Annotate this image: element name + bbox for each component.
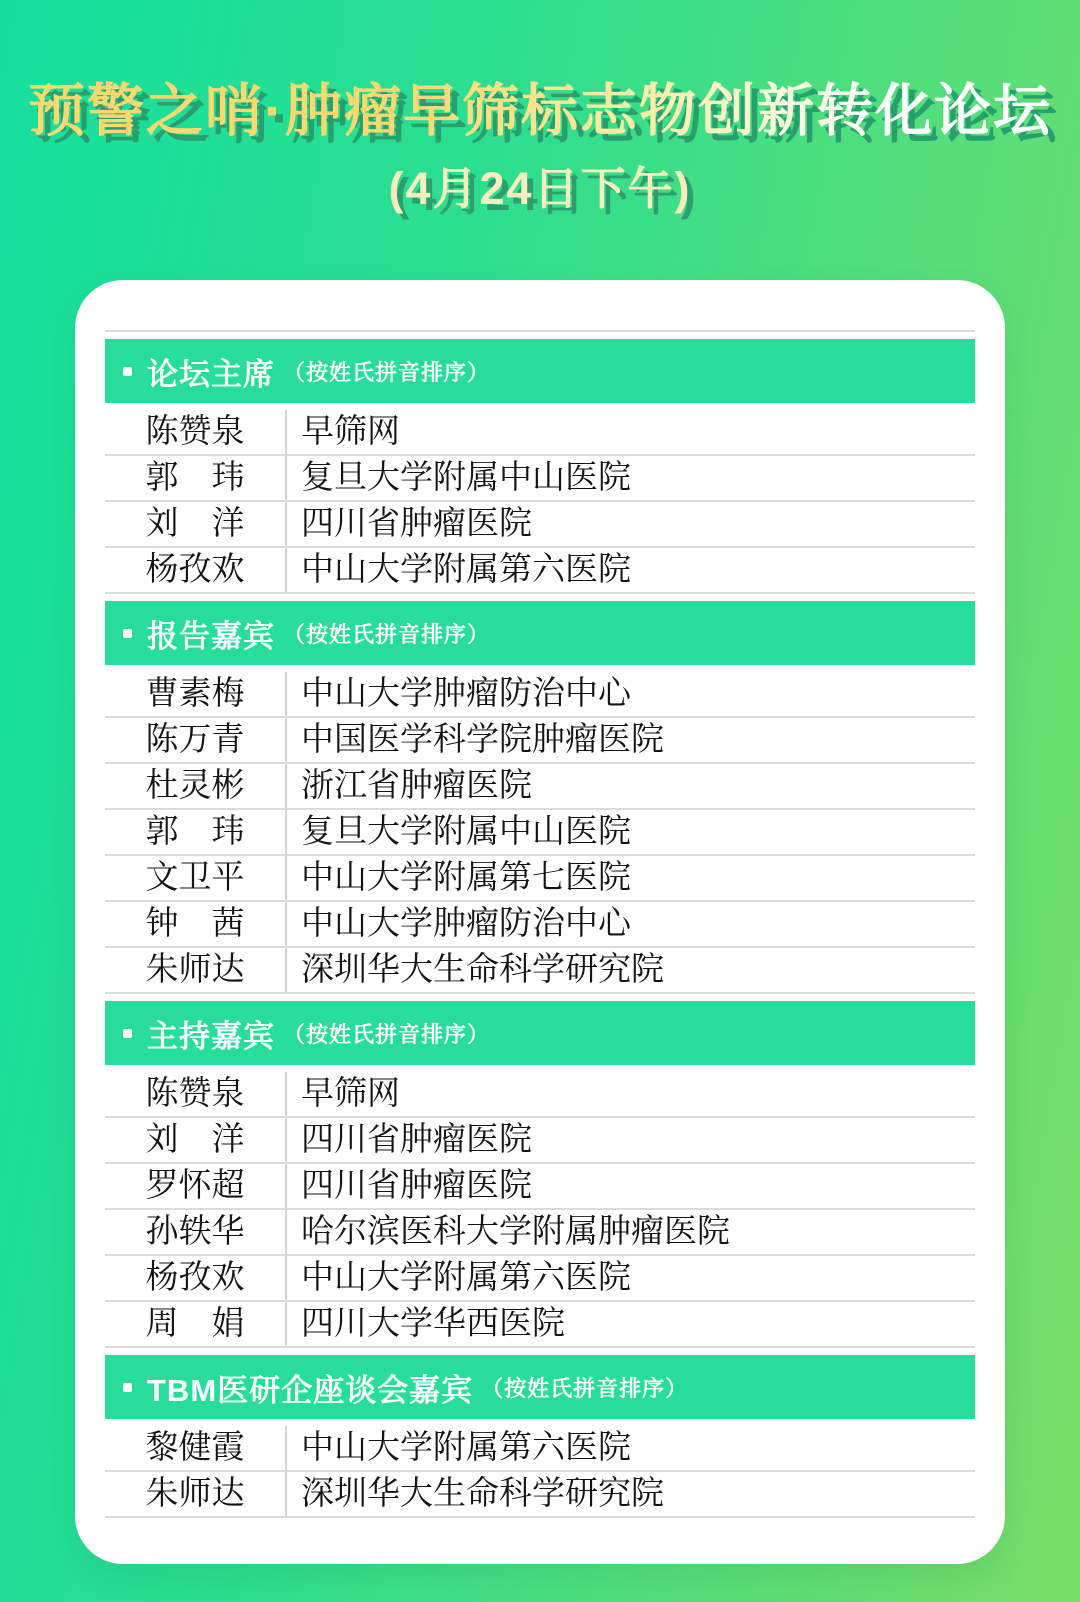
- guest-name: 陈赞泉: [105, 410, 287, 454]
- guest-name: 朱师达: [105, 1472, 287, 1516]
- table-row: 文卫平 中山大学附属第七医院: [105, 854, 975, 900]
- guest-affiliation: 中山大学附属第六医院: [287, 1426, 975, 1470]
- table-row: 罗怀超 四川省肿瘤医院: [105, 1162, 975, 1208]
- guest-name: 文卫平: [105, 856, 287, 900]
- guest-affiliation: 四川省肿瘤医院: [287, 502, 975, 546]
- table-row: 刘 洋 四川省肿瘤医院: [105, 500, 975, 546]
- guest-affiliation: 浙江省肿瘤医院: [287, 764, 975, 808]
- guest-name: 刘 洋: [105, 1118, 287, 1162]
- section-title: 主持嘉宾: [147, 1011, 275, 1056]
- table-row: 郭 玮 复旦大学附属中山医院: [105, 808, 975, 854]
- section-sort-note: （按姓氏拼音排序）: [283, 356, 490, 387]
- guest-section: TBM医研企座谈会嘉宾 （按姓氏拼音排序） 黎健霞 中山大学附属第六医院 朱师达…: [105, 1348, 975, 1518]
- guest-affiliation: 中山大学附属第六医院: [287, 548, 975, 592]
- section-header-band: 报告嘉宾 （按姓氏拼音排序）: [105, 601, 975, 665]
- guest-name: 郭 玮: [105, 810, 287, 854]
- guest-affiliation: 四川省肿瘤医院: [287, 1164, 975, 1208]
- section-header-band: 主持嘉宾 （按姓氏拼音排序）: [105, 1001, 975, 1065]
- table-row: 朱师达 深圳华大生命科学研究院: [105, 946, 975, 992]
- guest-affiliation: 复旦大学附属中山医院: [287, 810, 975, 854]
- section-title: TBM医研企座谈会嘉宾: [147, 1365, 473, 1410]
- guest-name: 杨孜欢: [105, 548, 287, 592]
- poster-title: 预警之哨·肿瘤早筛标志物创新转化论坛 预警之哨·肿瘤早筛标志物创新转化论坛: [10, 72, 1070, 150]
- guest-name: 陈万青: [105, 718, 287, 762]
- guest-name: 钟 茜: [105, 902, 287, 946]
- poster-subtitle: (4月24日下午) (4月24日下午): [10, 160, 1070, 218]
- poster-title-text: 预警之哨·肿瘤早筛标志物创新转化论坛: [10, 72, 1070, 150]
- section-sort-note: （按姓氏拼音排序）: [283, 618, 490, 649]
- bullet-icon: [123, 1383, 132, 1392]
- guest-table: 黎健霞 中山大学附属第六医院 朱师达 深圳华大生命科学研究院: [105, 1426, 975, 1518]
- table-row: 陈赞泉 早筛网: [105, 1072, 975, 1116]
- guest-name: 黎健霞: [105, 1426, 287, 1470]
- guest-affiliation: 中山大学肿瘤防治中心: [287, 672, 975, 716]
- bullet-icon: [123, 367, 132, 376]
- guest-name: 周 娟: [105, 1302, 287, 1346]
- table-row: 陈赞泉 早筛网: [105, 410, 975, 454]
- guest-affiliation: 早筛网: [287, 410, 975, 454]
- table-row: 郭 玮 复旦大学附属中山医院: [105, 454, 975, 500]
- guest-affiliation: 四川省肿瘤医院: [287, 1118, 975, 1162]
- guest-name: 郭 玮: [105, 456, 287, 500]
- guest-name: 杜灵彬: [105, 764, 287, 808]
- guest-table: 曹素梅 中山大学肿瘤防治中心 陈万青 中国医学科学院肿瘤医院 杜灵彬 浙江省肿瘤…: [105, 672, 975, 994]
- bullet-icon: [123, 629, 132, 638]
- guest-affiliation: 哈尔滨医科大学附属肿瘤医院: [287, 1210, 975, 1254]
- table-row: 朱师达 深圳华大生命科学研究院: [105, 1470, 975, 1516]
- section-header-band: 论坛主席 （按姓氏拼音排序）: [105, 339, 975, 403]
- section-sort-note: （按姓氏拼音排序）: [283, 1018, 490, 1049]
- table-row: 刘 洋 四川省肿瘤医院: [105, 1116, 975, 1162]
- section-sort-note: （按姓氏拼音排序）: [481, 1372, 688, 1403]
- table-row: 杜灵彬 浙江省肿瘤医院: [105, 762, 975, 808]
- section-header-band: TBM医研企座谈会嘉宾 （按姓氏拼音排序）: [105, 1355, 975, 1419]
- guest-name: 孙轶华: [105, 1210, 287, 1254]
- bullet-icon: [123, 1029, 132, 1038]
- guest-section: 报告嘉宾 （按姓氏拼音排序） 曹素梅 中山大学肿瘤防治中心 陈万青 中国医学科学…: [105, 594, 975, 994]
- content-card: 论坛主席 （按姓氏拼音排序） 陈赞泉 早筛网 郭 玮 复旦大学附属中山医院 刘 …: [75, 280, 1005, 1564]
- guest-section: 论坛主席 （按姓氏拼音排序） 陈赞泉 早筛网 郭 玮 复旦大学附属中山医院 刘 …: [105, 332, 975, 594]
- guest-sections: 论坛主席 （按姓氏拼音排序） 陈赞泉 早筛网 郭 玮 复旦大学附属中山医院 刘 …: [105, 330, 975, 1518]
- guest-affiliation: 四川大学华西医院: [287, 1302, 975, 1346]
- table-row: 周 娟 四川大学华西医院: [105, 1300, 975, 1346]
- table-row: 杨孜欢 中山大学附属第六医院: [105, 1254, 975, 1300]
- guest-affiliation: 中山大学附属第六医院: [287, 1256, 975, 1300]
- guest-name: 朱师达: [105, 948, 287, 992]
- guest-section: 主持嘉宾 （按姓氏拼音排序） 陈赞泉 早筛网 刘 洋 四川省肿瘤医院 罗怀超 四…: [105, 994, 975, 1348]
- guest-name: 曹素梅: [105, 672, 287, 716]
- section-title: 报告嘉宾: [147, 611, 275, 656]
- guest-affiliation: 中山大学肿瘤防治中心: [287, 902, 975, 946]
- poster-header: 预警之哨·肿瘤早筛标志物创新转化论坛 预警之哨·肿瘤早筛标志物创新转化论坛 (4…: [0, 0, 1080, 218]
- table-row: 钟 茜 中山大学肿瘤防治中心: [105, 900, 975, 946]
- guest-affiliation: 复旦大学附属中山医院: [287, 456, 975, 500]
- guest-name: 陈赞泉: [105, 1072, 287, 1116]
- section-title: 论坛主席: [147, 349, 275, 394]
- guest-affiliation: 深圳华大生命科学研究院: [287, 948, 975, 992]
- guest-affiliation: 深圳华大生命科学研究院: [287, 1472, 975, 1516]
- guest-affiliation: 早筛网: [287, 1072, 975, 1116]
- guest-name: 刘 洋: [105, 502, 287, 546]
- poster-subtitle-text: (4月24日下午): [10, 160, 1070, 218]
- table-row: 杨孜欢 中山大学附属第六医院: [105, 546, 975, 592]
- guest-name: 杨孜欢: [105, 1256, 287, 1300]
- guest-affiliation: 中国医学科学院肿瘤医院: [287, 718, 975, 762]
- guest-affiliation: 中山大学附属第七医院: [287, 856, 975, 900]
- guest-name: 罗怀超: [105, 1164, 287, 1208]
- table-row: 黎健霞 中山大学附属第六医院: [105, 1426, 975, 1470]
- table-row: 陈万青 中国医学科学院肿瘤医院: [105, 716, 975, 762]
- table-row: 曹素梅 中山大学肿瘤防治中心: [105, 672, 975, 716]
- guest-table: 陈赞泉 早筛网 郭 玮 复旦大学附属中山医院 刘 洋 四川省肿瘤医院 杨孜欢 中…: [105, 410, 975, 594]
- poster: 预警之哨·肿瘤早筛标志物创新转化论坛 预警之哨·肿瘤早筛标志物创新转化论坛 (4…: [0, 0, 1080, 1564]
- guest-table: 陈赞泉 早筛网 刘 洋 四川省肿瘤医院 罗怀超 四川省肿瘤医院 孙轶华 哈尔滨医…: [105, 1072, 975, 1348]
- table-row: 孙轶华 哈尔滨医科大学附属肿瘤医院: [105, 1208, 975, 1254]
